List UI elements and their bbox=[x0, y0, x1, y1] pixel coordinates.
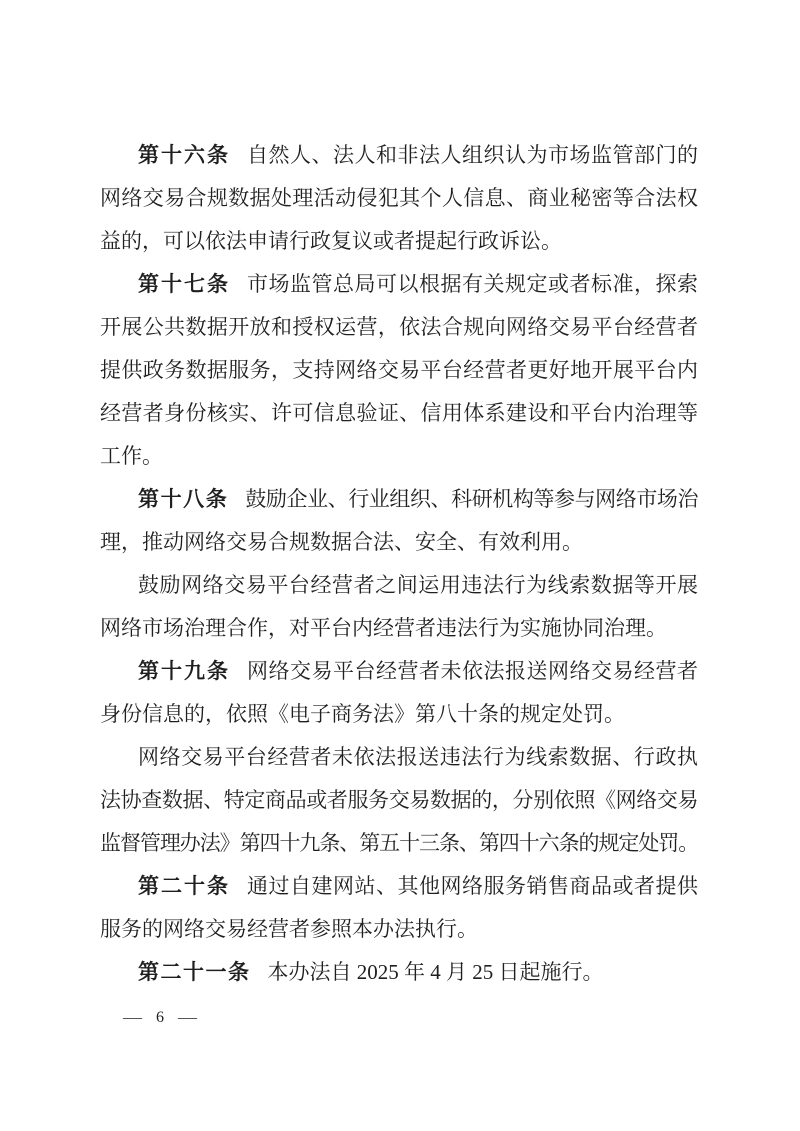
document-page: 第十六条自然人、法人和非法人组织认为市场监管部门的 网络交易合规数据处理活动侵犯… bbox=[0, 0, 800, 1131]
article-18-para-2-text-1: 鼓励网络交易平台经营者之间运用违法行为线索数据等开展 bbox=[138, 573, 698, 597]
article-18-para-2-line-2: 网络市场治理合作，对平台内经营者违法行为实施协同治理。 bbox=[100, 607, 698, 650]
article-21-number: 第二十一条 bbox=[138, 961, 251, 984]
article-20-number: 第二十条 bbox=[138, 875, 230, 898]
article-16-line-2: 网络交易合规数据处理活动侵犯其个人信息、商业秘密等合法权 bbox=[100, 177, 698, 220]
article-19-line-2: 身份信息的，依照《电子商务法》第八十条的规定处罚。 bbox=[100, 693, 698, 736]
article-17-line-1: 第十七条市场监管总局可以根据有关规定或者标准，探索 bbox=[100, 263, 698, 306]
article-17-line-4: 经营者身份核实、许可信息验证、信用体系建设和平台内治理等 bbox=[100, 392, 698, 435]
article-21-line-1: 第二十一条本办法自 2025 年 4 月 25 日起施行。 bbox=[100, 951, 698, 994]
article-17: 第十七条市场监管总局可以根据有关规定或者标准，探索 开展公共数据开放和授权运营，… bbox=[100, 263, 698, 478]
article-19: 第十九条网络交易平台经营者未依法报送网络交易经营者 身份信息的，依照《电子商务法… bbox=[100, 650, 698, 736]
article-18-line-2: 理，推动网络交易合规数据合法、安全、有效利用。 bbox=[100, 521, 698, 564]
article-16-line-1: 第十六条自然人、法人和非法人组织认为市场监管部门的 bbox=[100, 134, 698, 177]
article-20-text-1: 通过自建网站、其他网络服务销售商品或者提供 bbox=[247, 874, 698, 898]
article-16-number: 第十六条 bbox=[138, 144, 230, 167]
article-19-para-2: 网络交易平台经营者未依法报送违法行为线索数据、行政执 法协查数据、特定商品或者服… bbox=[100, 736, 698, 865]
article-18: 第十八条鼓励企业、行业组织、科研机构等参与网络市场治 理，推动网络交易合规数据合… bbox=[100, 478, 698, 564]
article-18-para-2-line-1: 鼓励网络交易平台经营者之间运用违法行为线索数据等开展 bbox=[100, 564, 698, 607]
article-19-number: 第十九条 bbox=[138, 660, 230, 683]
article-20-line-2: 服务的网络交易经营者参照本办法执行。 bbox=[100, 908, 698, 951]
article-19-line-1: 第十九条网络交易平台经营者未依法报送网络交易经营者 bbox=[100, 650, 698, 693]
article-19-para-2-line-2: 法协查数据、特定商品或者服务交易数据的，分别依照《网络交易 bbox=[100, 779, 698, 822]
article-19-para-2-text-1: 网络交易平台经营者未依法报送违法行为线索数据、行政执 bbox=[138, 745, 698, 769]
article-18-number: 第十八条 bbox=[138, 488, 228, 511]
article-17-line-5: 工作。 bbox=[100, 435, 698, 478]
article-19-para-2-line-1: 网络交易平台经营者未依法报送违法行为线索数据、行政执 bbox=[100, 736, 698, 779]
article-17-line-3: 提供政务数据服务，支持网络交易平台经营者更好地开展平台内 bbox=[100, 349, 698, 392]
article-21-text-1: 本办法自 2025 年 4 月 25 日起施行。 bbox=[268, 960, 604, 984]
footer-dash-right: — bbox=[178, 1004, 197, 1032]
article-19-text-1: 网络交易平台经营者未依法报送网络交易经营者 bbox=[247, 659, 698, 683]
article-17-line-2: 开展公共数据开放和授权运营，依法合规向网络交易平台经营者 bbox=[100, 306, 698, 349]
article-17-number: 第十七条 bbox=[138, 273, 230, 296]
article-18-para-2: 鼓励网络交易平台经营者之间运用违法行为线索数据等开展 网络市场治理合作，对平台内… bbox=[100, 564, 698, 650]
article-16: 第十六条自然人、法人和非法人组织认为市场监管部门的 网络交易合规数据处理活动侵犯… bbox=[100, 134, 698, 263]
document-body: 第十六条自然人、法人和非法人组织认为市场监管部门的 网络交易合规数据处理活动侵犯… bbox=[100, 134, 698, 994]
article-16-line-3: 益的，可以依法申请行政复议或者提起行政诉讼。 bbox=[100, 220, 698, 263]
article-18-text-1: 鼓励企业、行业组织、科研机构等参与网络市场治 bbox=[245, 487, 698, 511]
article-21: 第二十一条本办法自 2025 年 4 月 25 日起施行。 bbox=[100, 951, 698, 994]
page-number: 6 bbox=[156, 1009, 164, 1027]
article-20: 第二十条通过自建网站、其他网络服务销售商品或者提供 服务的网络交易经营者参照本办… bbox=[100, 865, 698, 951]
article-17-text-1: 市场监管总局可以根据有关规定或者标准，探索 bbox=[247, 272, 698, 296]
page-footer: — 6 — bbox=[123, 1004, 197, 1032]
article-16-text-1: 自然人、法人和非法人组织认为市场监管部门的 bbox=[247, 143, 698, 167]
article-19-para-2-line-3: 监督管理办法》第四十九条、第五十三条、第四十六条的规定处罚。 bbox=[100, 822, 698, 865]
article-20-line-1: 第二十条通过自建网站、其他网络服务销售商品或者提供 bbox=[100, 865, 698, 908]
article-18-line-1: 第十八条鼓励企业、行业组织、科研机构等参与网络市场治 bbox=[100, 478, 698, 521]
footer-dash-left: — bbox=[123, 1004, 142, 1032]
